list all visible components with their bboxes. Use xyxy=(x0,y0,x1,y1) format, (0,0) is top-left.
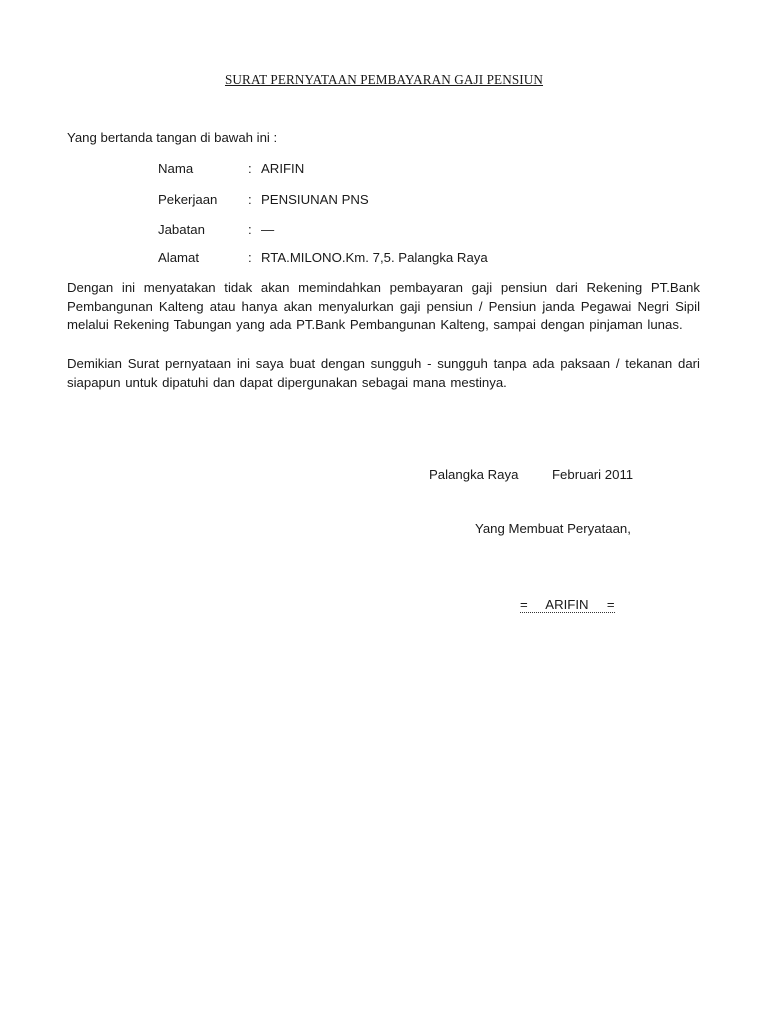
intro-text: Yang bertanda tangan di bawah ini : xyxy=(67,130,277,145)
closing-paragraph: Demikian Surat pernyataan ini saya buat … xyxy=(67,355,700,392)
document-title: SURAT PERNYATAAN PEMBAYARAN GAJI PENSIUN xyxy=(0,72,768,88)
field-label: Alamat xyxy=(158,250,248,265)
field-nama: Nama : ARIFIN xyxy=(158,161,304,176)
signer-title: Yang Membuat Peryataan, xyxy=(475,521,631,536)
field-label: Jabatan xyxy=(158,222,248,237)
field-separator: : xyxy=(248,161,261,176)
field-jabatan: Jabatan : — xyxy=(158,222,274,237)
field-value: RTA.MILONO.Km. 7,5. Palangka Raya xyxy=(261,250,488,265)
field-label: Nama xyxy=(158,161,248,176)
place-text: Palangka Raya xyxy=(429,467,552,482)
field-separator: : xyxy=(248,222,261,237)
date-text: Februari 2011 xyxy=(552,467,633,482)
field-value: PENSIUNAN PNS xyxy=(261,192,369,207)
signer-name: = ARIFIN = xyxy=(520,598,615,613)
place-date: Palangka Raya Februari 2011 xyxy=(429,467,633,482)
field-value: ARIFIN xyxy=(261,161,304,176)
document-page: SURAT PERNYATAAN PEMBAYARAN GAJI PENSIUN… xyxy=(0,0,768,1024)
field-label: Pekerjaan xyxy=(158,192,248,207)
field-alamat: Alamat : RTA.MILONO.Km. 7,5. Palangka Ra… xyxy=(158,250,488,265)
field-separator: : xyxy=(248,250,261,265)
statement-paragraph: Dengan ini menyatakan tidak akan meminda… xyxy=(67,279,700,335)
field-pekerjaan: Pekerjaan : PENSIUNAN PNS xyxy=(158,192,369,207)
field-value: — xyxy=(261,222,274,237)
field-separator: : xyxy=(248,192,261,207)
